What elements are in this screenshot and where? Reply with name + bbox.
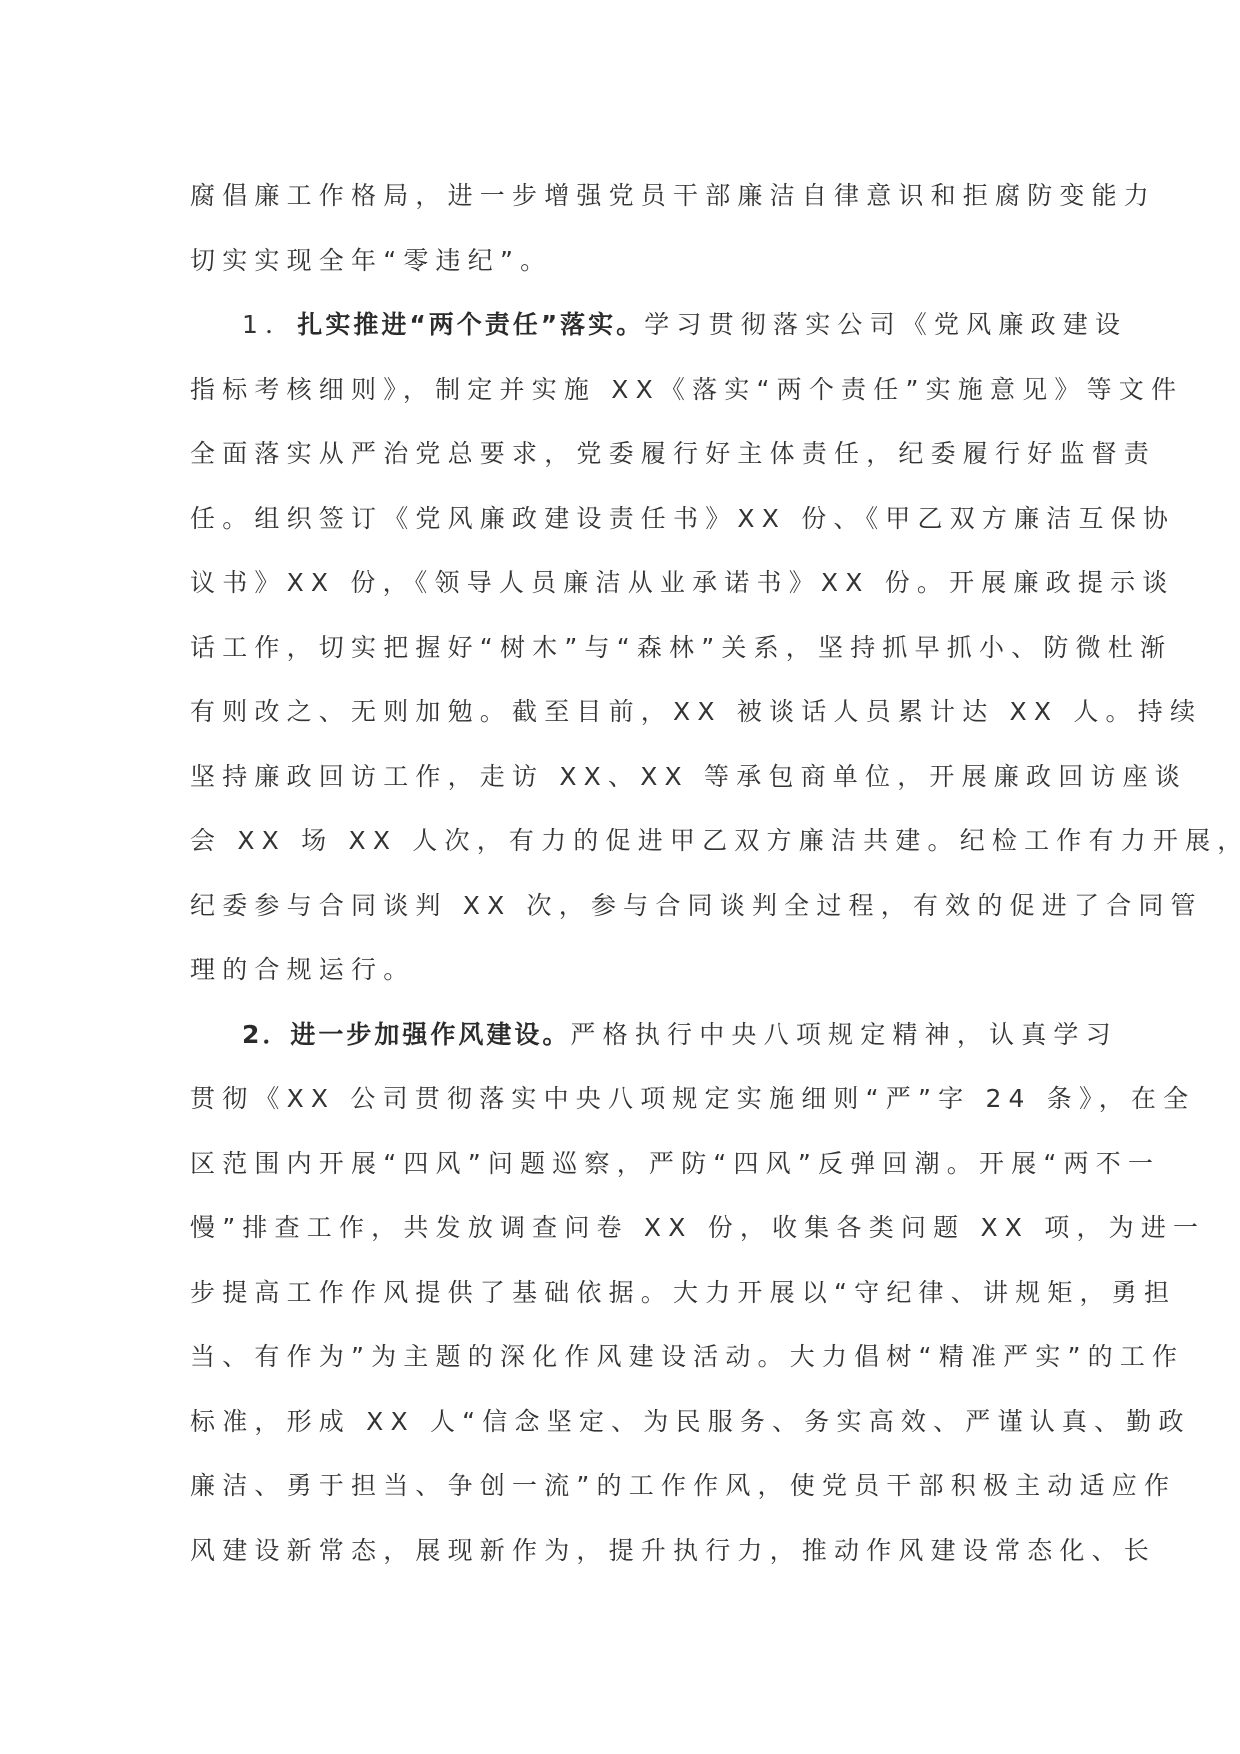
text-line: 切实实现全年“零违纪”。 [190, 237, 1070, 302]
paragraph-item-2: 2．进一步加强作风建设。严格执行中央八项规定精神，认真学习 贯彻《XX 公司贯彻… [190, 1011, 1070, 1592]
document-page: 腐倡廉工作格局，进一步增强党员干部廉洁自律意识和拒腐防变能力 切实实现全年“零违… [190, 172, 1070, 1591]
text-line: 当、有作为”为主题的深化作风建设活动。大力倡树“精准严实”的工作 [190, 1333, 1070, 1398]
text-run: 学习贯彻落实公司《党风廉政建设 [644, 310, 1127, 339]
text-line: 腐倡廉工作格局，进一步增强党员干部廉洁自律意识和拒腐防变能力 [190, 172, 1070, 237]
text-run: 严格执行中央八项规定精神，认真学习 [570, 1020, 1117, 1049]
paragraph-intro-tail: 腐倡廉工作格局，进一步增强党员干部廉洁自律意识和拒腐防变能力 切实实现全年“零违… [190, 172, 1070, 301]
text-line: 坚持廉政回访工作，走访 XX、XX 等承包商单位，开展廉政回访座谈 [190, 753, 1070, 818]
text-line: 慢”排查工作，共发放调查问卷 XX 份，收集各类问题 XX 项，为进一 [190, 1204, 1070, 1269]
text-line: 步提高工作作风提供了基础依据。大力开展以“守纪律、讲规矩，勇担 [190, 1269, 1070, 1334]
item-number: 1． [242, 310, 297, 339]
text-line: 贯彻《XX 公司贯彻落实中央八项规定实施细则“严”字 24 条》，在全 [190, 1075, 1070, 1140]
text-line: 任。组织签订《党风廉政建设责任书》XX 份、《甲乙双方廉洁互保协 [190, 495, 1070, 560]
text-line: 理的合规运行。 [190, 946, 1070, 1011]
item-number: 2． [242, 1020, 290, 1049]
text-line: 廉洁、勇于担当、争创一流”的工作作风，使党员干部积极主动适应作 [190, 1462, 1070, 1527]
item-heading: 进一步加强作风建设。 [290, 1020, 570, 1049]
text-line: 指标考核细则》，制定并实施 XX《落实“两个责任”实施意见》等文件 [190, 366, 1070, 431]
text-line: 1．扎实推进“两个责任”落实。学习贯彻落实公司《党风廉政建设 [190, 301, 1070, 366]
text-line: 全面落实从严治党总要求，党委履行好主体责任，纪委履行好监督责 [190, 430, 1070, 495]
paragraph-item-1: 1．扎实推进“两个责任”落实。学习贯彻落实公司《党风廉政建设 指标考核细则》，制… [190, 301, 1070, 1011]
text-line: 风建设新常态，展现新作为，提升执行力，推动作风建设常态化、长 [190, 1527, 1070, 1592]
item-heading: 扎实推进“两个责任”落实。 [297, 310, 644, 339]
text-line: 议书》XX 份，《领导人员廉洁从业承诺书》XX 份。开展廉政提示谈 [190, 559, 1070, 624]
text-line: 区范围内开展“四风”问题巡察，严防“四风”反弹回潮。开展“两不一 [190, 1140, 1070, 1205]
text-line: 2．进一步加强作风建设。严格执行中央八项规定精神，认真学习 [190, 1011, 1070, 1076]
text-line: 有则改之、无则加勉。截至目前，XX 被谈话人员累计达 XX 人。持续 [190, 688, 1070, 753]
text-line: 标准，形成 XX 人“信念坚定、为民服务、务实高效、严谨认真、勤政 [190, 1398, 1070, 1463]
text-line: 话工作，切实把握好“树木”与“森林”关系，坚持抓早抓小、防微杜渐 [190, 624, 1070, 689]
text-line: 纪委参与合同谈判 XX 次，参与合同谈判全过程，有效的促进了合同管 [190, 882, 1070, 947]
text-line: 会 XX 场 XX 人次，有力的促进甲乙双方廉洁共建。纪检工作有力开展， [190, 817, 1070, 882]
